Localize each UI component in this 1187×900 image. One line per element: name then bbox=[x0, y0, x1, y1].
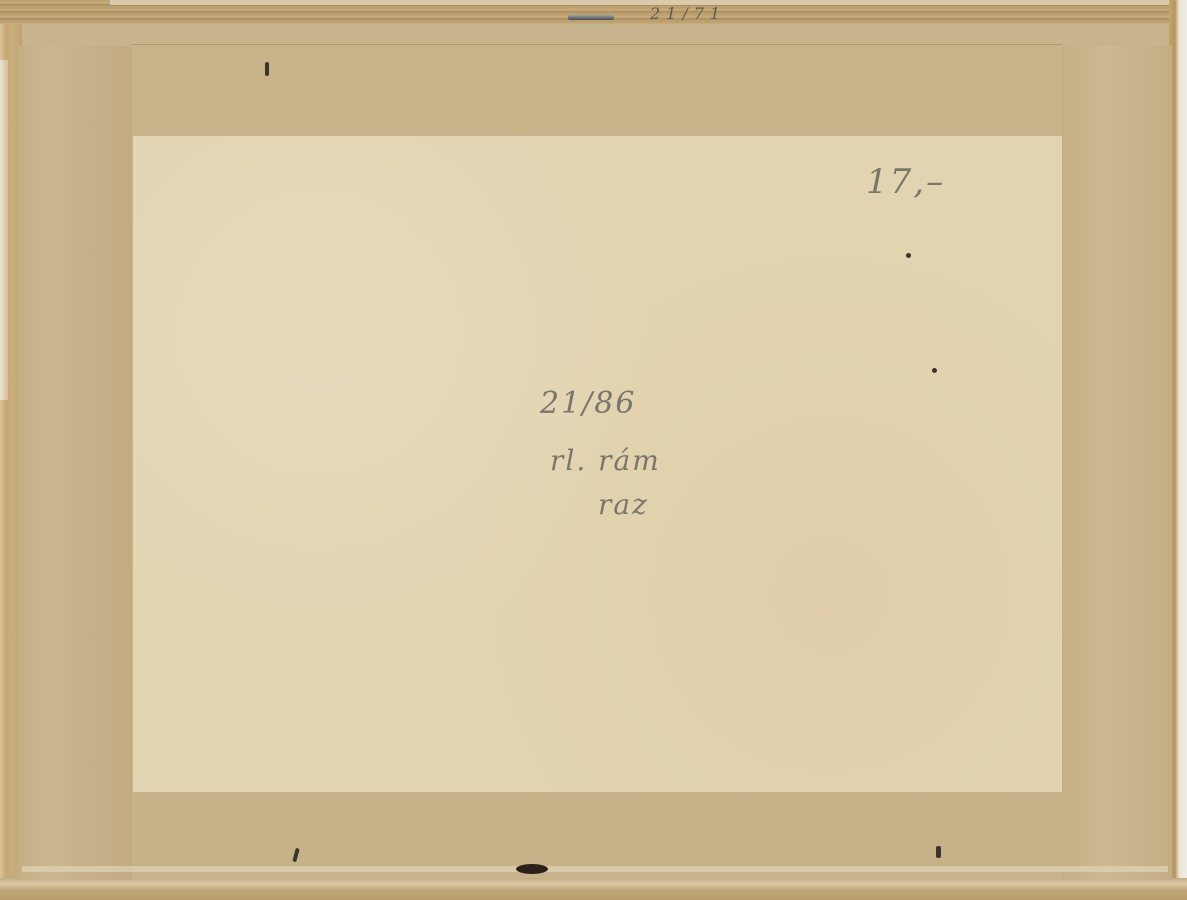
price-inscription: 17,– bbox=[866, 162, 945, 202]
technique-inscription: raz bbox=[598, 488, 649, 521]
nail-mark bbox=[265, 62, 269, 76]
inventory-number-inscription: 21/86 bbox=[540, 386, 636, 421]
kraft-tape-bottom bbox=[132, 792, 1062, 872]
frame-note-inscription: rl. rám bbox=[550, 444, 661, 477]
paper-speck bbox=[932, 368, 937, 373]
bottom-seam bbox=[22, 866, 1168, 872]
kraft-tape-top bbox=[132, 44, 1062, 137]
nail-hole bbox=[516, 864, 548, 874]
frame-top-highlight bbox=[110, 0, 1180, 5]
kraft-tape-right bbox=[1062, 46, 1172, 880]
nail-mark bbox=[936, 846, 941, 858]
staple bbox=[568, 15, 614, 20]
paper-speck bbox=[906, 253, 911, 258]
frame-top-inscription: 21/71 bbox=[650, 4, 726, 23]
kraft-tape-left bbox=[18, 46, 132, 880]
frame-left-chipped-edge bbox=[0, 60, 8, 400]
frame-bottom-edge bbox=[0, 878, 1187, 900]
